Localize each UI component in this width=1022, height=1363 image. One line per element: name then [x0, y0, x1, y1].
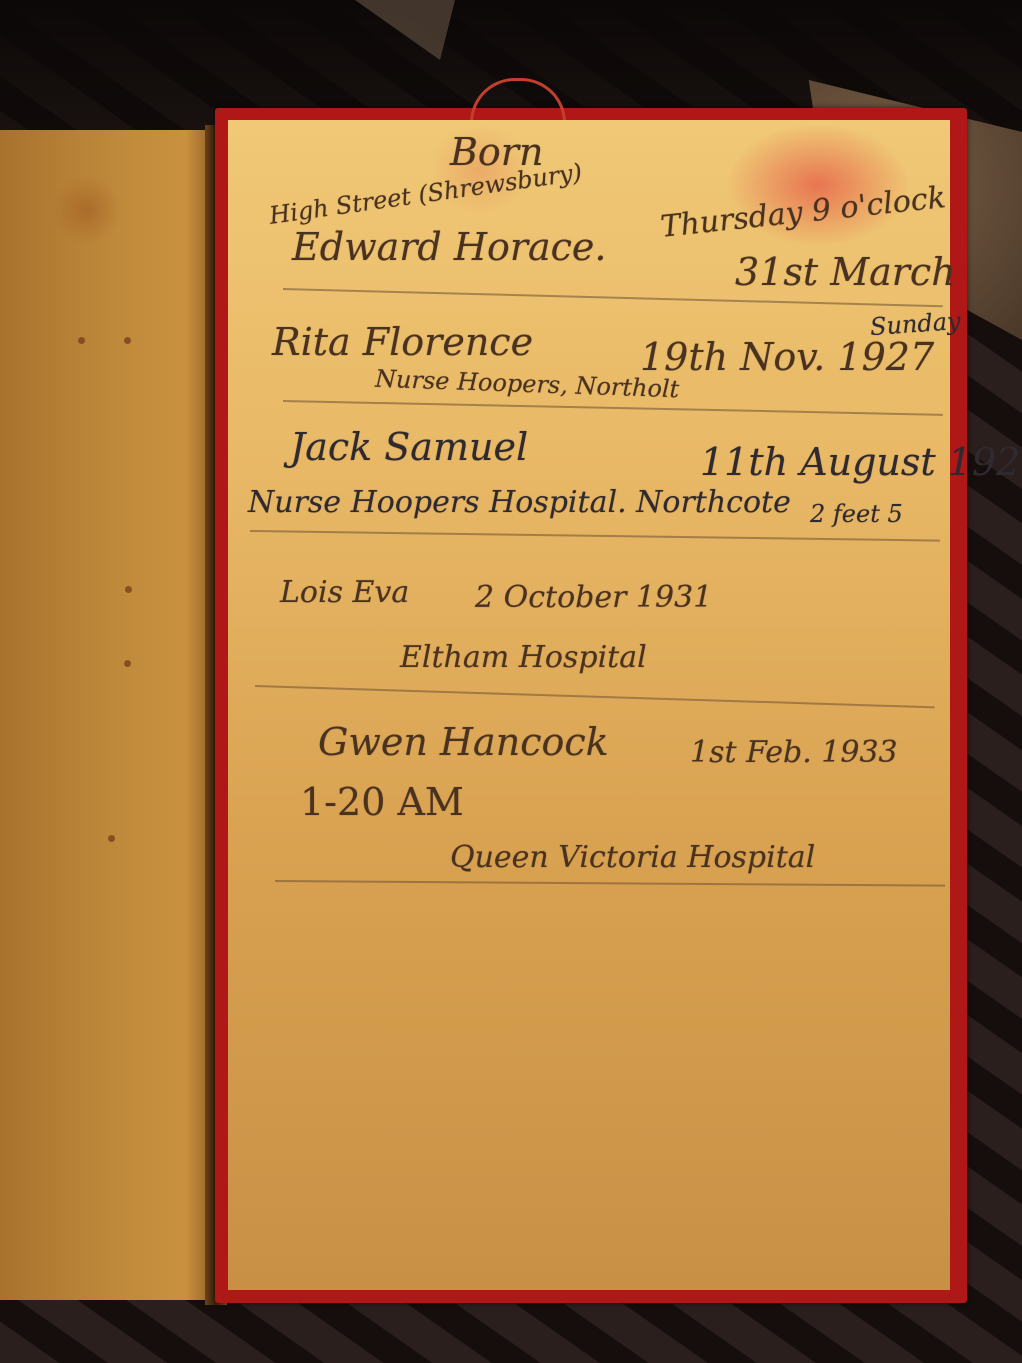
- entry-date: 31st March: [735, 250, 956, 294]
- stain-mark: [52, 175, 122, 245]
- foxing-dot: [108, 835, 115, 842]
- left-endpaper: [0, 130, 218, 1300]
- entry-name: Lois Eva: [280, 575, 409, 610]
- entry-name: Jack Samuel: [290, 425, 528, 469]
- foxing-dot: [124, 337, 131, 344]
- entry-name: Gwen Hancock: [318, 720, 609, 764]
- foxing-dot: [124, 660, 131, 667]
- entry-date: 11th August 1929: [700, 440, 1022, 484]
- entry-date: 1st Feb. 1933: [690, 735, 898, 770]
- entry-date: 2 October 1931: [475, 580, 712, 615]
- foxing-dot: [78, 337, 85, 344]
- foxing-dot: [125, 586, 132, 593]
- photo-scene: Born High Street (Shrewsbury) Thursday 9…: [0, 0, 1022, 1363]
- entry-time: 1-20 AM: [300, 780, 464, 824]
- entry-place: Eltham Hospital: [400, 640, 647, 675]
- entry-place: Queen Victoria Hospital: [450, 840, 815, 875]
- entry-place: Nurse Hoopers Hospital. Northcote: [248, 485, 791, 520]
- entry-name: Rita Florence: [272, 320, 533, 364]
- entry-extra: 2 feet 5: [810, 500, 903, 528]
- entry-name: Edward Horace.: [292, 225, 607, 269]
- entry-date: 19th Nov. 1927: [640, 335, 934, 379]
